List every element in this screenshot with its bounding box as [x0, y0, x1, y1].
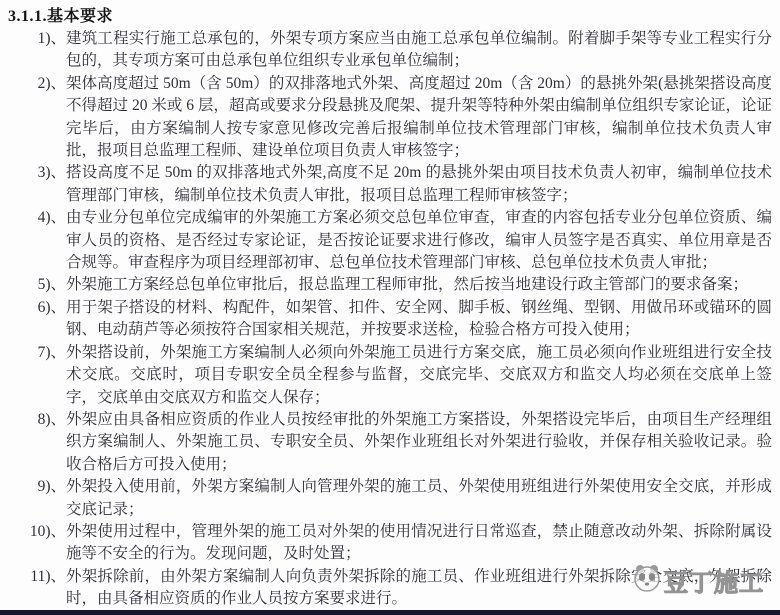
item-number: 11)、 — [20, 566, 66, 611]
item-text: 外架应由具备相应资质的作业人员按经审批的外架施工方案搭设，外架搭设完毕后，由项目… — [66, 409, 772, 476]
item-text: 外架施工方案经总包单位审批后，报总监理工程师审批，然后按当地建设行政主管部门的要… — [66, 274, 772, 296]
item-number: 9)、 — [20, 476, 66, 521]
item-number: 10)、 — [20, 521, 66, 566]
item-number: 3)、 — [20, 162, 66, 207]
item-number: 1)、 — [20, 28, 66, 73]
item-number: 7)、 — [20, 342, 66, 409]
item-number: 6)、 — [20, 297, 66, 342]
item-number: 4)、 — [20, 207, 66, 274]
list-item: 8)、 外架应由具备相应资质的作业人员按经审批的外架施工方案搭设，外架搭设完毕后… — [20, 409, 772, 476]
list-item: 1)、 建筑工程实行施工总承包的，外架专项方案应当由施工总承包单位编制。附着脚手… — [20, 28, 772, 73]
list-item: 11)、 外架拆除前，由外架方案编制人向负责外架拆除的施工员、作业班组进行外架拆… — [20, 566, 772, 611]
document-page: 3.1.1.基本要求 1)、 建筑工程实行施工总承包的，外架专项方案应当由施工总… — [0, 0, 780, 615]
list-item: 3)、 搭设高度不足 50m 的双排落地式外架,高度不足 20m 的悬挑外架由项… — [20, 162, 772, 207]
list-item: 10)、 外架使用过程中，管理外架的施工员对外架的使用情况进行日常巡查，禁止随意… — [20, 521, 772, 566]
item-text: 用于架子搭设的材料、构配件，如架管、扣件、安全网、脚手板、钢丝绳、型钢、用做吊环… — [66, 297, 772, 342]
item-number: 2)、 — [20, 73, 66, 163]
list-item: 2)、 架体高度超过 50m（含 50m）的双排落地式外架、高度超过 20m（含… — [20, 73, 772, 163]
list-item: 7)、 外架搭设前，外架施工方案编制人必须向外架施工员进行方案交底，施工员必须向… — [20, 342, 772, 409]
item-text: 搭设高度不足 50m 的双排落地式外架,高度不足 20m 的悬挑外架由项目技术负… — [66, 162, 772, 207]
item-text: 外架投入使用前，外架方案编制人向管理外架的施工员、外架使用班组进行外架使用安全交… — [66, 476, 772, 521]
item-text: 外架使用过程中，管理外架的施工员对外架的使用情况进行日常巡查，禁止随意改动外架、… — [66, 521, 772, 566]
list-item: 6)、 用于架子搭设的材料、构配件，如架管、扣件、安全网、脚手板、钢丝绳、型钢、… — [20, 297, 772, 342]
item-text: 外架搭设前，外架施工方案编制人必须向外架施工员进行方案交底，施工员必须向作业班组… — [66, 342, 772, 409]
list-item: 5)、 外架施工方案经总包单位审批后，报总监理工程师审批，然后按当地建设行政主管… — [20, 274, 772, 296]
item-number: 8)、 — [20, 409, 66, 476]
item-text: 建筑工程实行施工总承包的，外架专项方案应当由施工总承包单位编制。附着脚手架等专业… — [66, 28, 772, 73]
item-text: 架体高度超过 50m（含 50m）的双排落地式外架、高度超过 20m（含 20m… — [66, 73, 772, 163]
list-item: 9)、 外架投入使用前，外架方案编制人向管理外架的施工员、外架使用班组进行外架使… — [20, 476, 772, 521]
item-text: 由专业分包单位完成编审的外架施工方案必须交总包单位审查，审查的内容包括专业分包单… — [66, 207, 772, 274]
bottom-bar — [0, 610, 780, 615]
section-heading: 3.1.1.基本要求 — [8, 5, 780, 28]
item-number: 5)、 — [20, 274, 66, 296]
list-item: 4)、 由专业分包单位完成编审的外架施工方案必须交总包单位审查，审查的内容包括专… — [20, 207, 772, 274]
item-text: 外架拆除前，由外架方案编制人向负责外架拆除的施工员、作业班组进行外架拆除安全交底… — [66, 566, 772, 611]
requirements-list: 1)、 建筑工程实行施工总承包的，外架专项方案应当由施工总承包单位编制。附着脚手… — [20, 28, 772, 611]
